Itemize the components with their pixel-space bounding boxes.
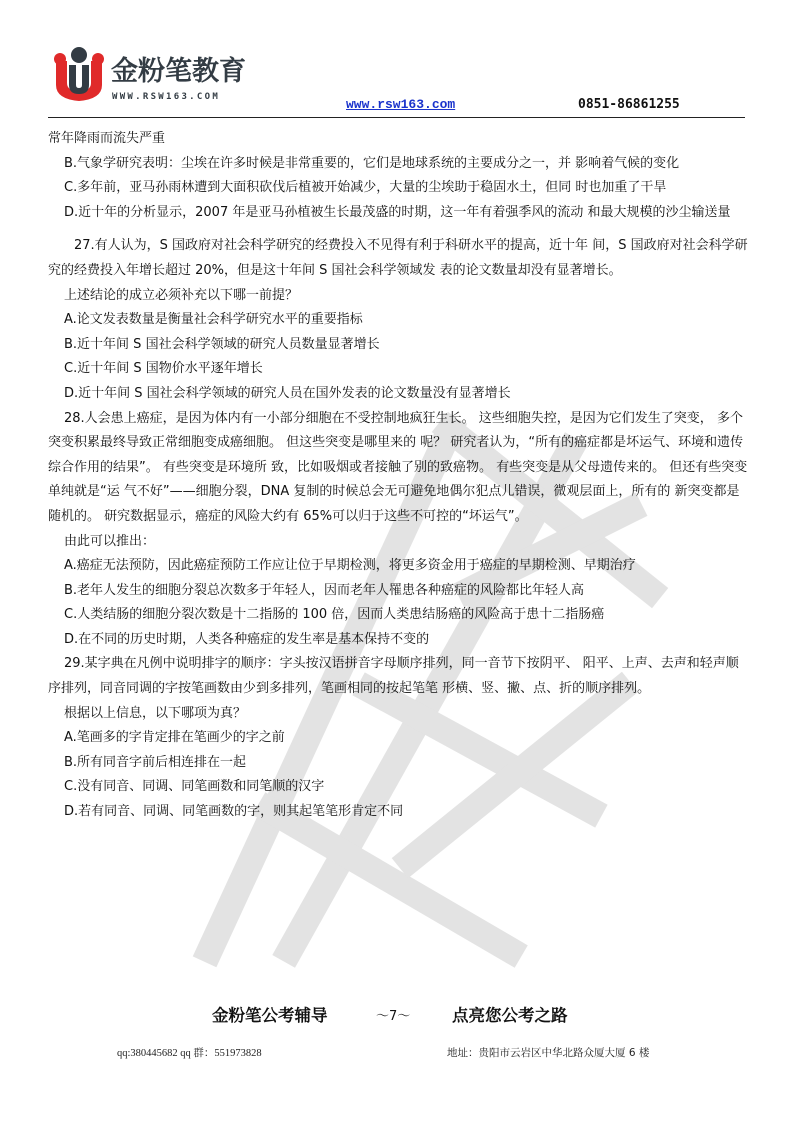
q29-option-b: B.所有同音字前后相连排在一起: [48, 751, 748, 776]
document-body: 常年降雨而流失严重 B.气象学研究表明：尘埃在许多时候是非常重要的，它们是地球系…: [48, 127, 748, 825]
q26-option-d: D.近十年的分析显示，2007 年是亚马孙植被生长最茂盛的时期，这一年有着强季风…: [48, 201, 748, 226]
q27-option-a: A.论文发表数量是衡量社会科学研究水平的重要指标: [48, 308, 748, 333]
q27-prompt: 上述结论的成立必须补充以下哪一前提？: [48, 284, 748, 309]
q29-option-c: C.没有同音、同调、同笔画数和同笔顺的汉字: [48, 775, 748, 800]
q27-stem: 27.有人认为，S 国政府对社会科学研究的经费投入不见得有利于科研水平的提高，近…: [48, 234, 748, 283]
footer-slogan-right: 点亮您公考之路: [452, 1002, 568, 1026]
header-divider: [48, 117, 745, 118]
q29-stem: 29.某字典在凡例中说明排字的顺序：字头按汉语拼音字母顺序排列，同一音节下按阴平…: [48, 652, 748, 701]
q26-continuation: 常年降雨而流失严重: [48, 127, 748, 152]
q29-prompt: 根据以上信息，以下哪项为真？: [48, 702, 748, 727]
logo-text: 金粉笔教育: [111, 58, 246, 86]
q26-option-b: B.气象学研究表明：尘埃在许多时候是非常重要的，它们是地球系统的主要成分之一，并…: [48, 152, 748, 177]
footer-address: 地址：贵阳市云岩区中华北路众厦大厦 6 楼: [447, 1045, 649, 1060]
q28-prompt: 由此可以推出：: [48, 530, 748, 555]
q27-option-c: C.近十年间 S 国物价水平逐年增长: [48, 357, 748, 382]
page-number: ～7～: [376, 1005, 410, 1024]
q26-option-c: C.多年前，亚马孙雨林遭到大面积砍伐后植被开始减少，大量的尘埃助于稳固水土，但同…: [48, 176, 748, 201]
footer-slogan-left: 金粉笔公考辅导: [212, 1002, 328, 1026]
q28-option-a: A.癌症无法预防，因此癌症预防工作应让位于早期检测，将更多资金用于癌症的早期检测…: [48, 554, 748, 579]
logo-icon: [52, 47, 106, 101]
q27-option-b: B.近十年间 S 国社会科学领域的研究人员数量显著增长: [48, 333, 748, 358]
q28-option-c: C.人类结肠的细胞分裂次数是十二指肠的 100 倍，因而人类患结肠癌的风险高于患…: [48, 603, 748, 628]
phone-number: 0851-86861255: [578, 97, 680, 112]
q28-option-b: B.老年人发生的细胞分裂总次数多于年轻人，因而老年人罹患各种癌症的风险都比年轻人…: [48, 579, 748, 604]
q28-option-d: D.在不同的历史时期，人类各种癌症的发生率是基本保持不变的: [48, 628, 748, 653]
q27-option-d: D.近十年间 S 国社会科学领域的研究人员在国外发表的论文数量没有显著增长: [48, 382, 748, 407]
logo-subtext: WWW.RSW163.COM: [112, 92, 220, 102]
q29-option-a: A.笔画多的字肯定排在笔画少的字之前: [48, 726, 748, 751]
website-link[interactable]: www.rsw163.com: [346, 97, 455, 112]
q28-stem: 28.人会患上癌症，是因为体内有一小部分细胞在不受控制地疯狂生长。 这些细胞失控…: [48, 407, 748, 530]
q29-option-d: D.若有同音、同调、同笔画数的字，则其起笔笔形肯定不同: [48, 800, 748, 825]
page-header: 金粉笔教育 WWW.RSW163.COM www.rsw163.com 0851…: [0, 0, 793, 120]
footer-contact: qq:380445682 qq 群：551973828: [117, 1045, 262, 1060]
